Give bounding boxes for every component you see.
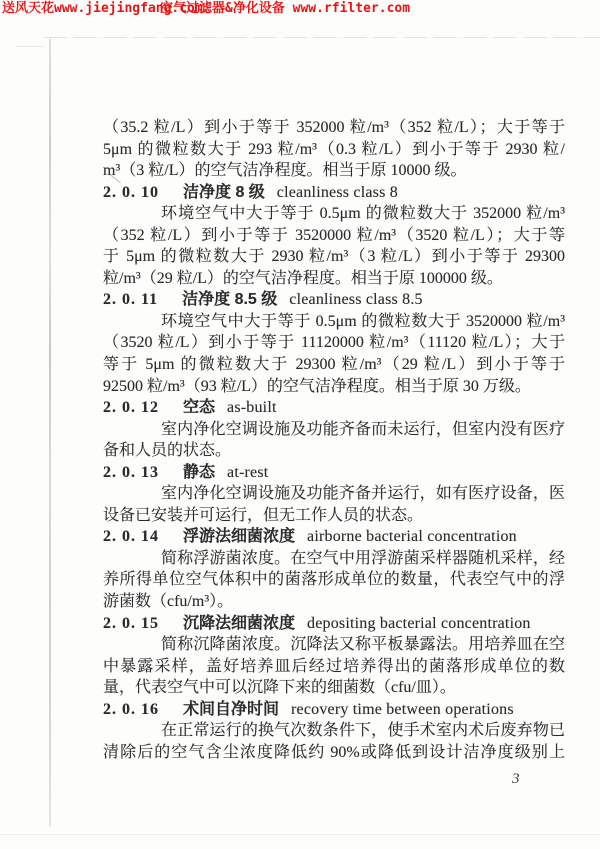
term-heading: 2. 0. 10洁净度 8 级cleanliness class 8 bbox=[103, 182, 565, 204]
scan-artifact-dash bbox=[16, 46, 44, 47]
clause-number: 2. 0. 15 bbox=[103, 615, 159, 632]
text-line: 室内净化空调设施及功能齐备而未运行，但室内没有医疗设 bbox=[103, 419, 565, 441]
text-line: 养所得单位空气体积中的菌落形成单位的数量，代表空气中的浮 bbox=[103, 569, 565, 591]
clause-number: 2. 0. 14 bbox=[103, 528, 159, 545]
term-chinese: 空态 bbox=[183, 399, 215, 416]
term-english: cleanliness class 8.5 bbox=[289, 291, 423, 308]
clause-number: 2. 0. 12 bbox=[103, 399, 159, 416]
text-line: 简称浮游菌浓度。在空气中用浮游菌采样器随机采样，经培 bbox=[103, 548, 565, 570]
scan-edge-bottom bbox=[0, 834, 600, 835]
term-chinese: 静态 bbox=[183, 464, 215, 481]
term-heading: 2. 0. 12空态as-built bbox=[103, 397, 565, 419]
clause-number: 2. 0. 10 bbox=[103, 184, 159, 201]
text-line: 游菌数（cfu/m³）。 bbox=[103, 591, 565, 613]
text-line: 量，代表空气中可以沉降下来的细菌数（cfu/皿）。 bbox=[103, 677, 565, 699]
term-heading: 2. 0. 13静态at-rest bbox=[103, 462, 565, 484]
text-line: 设备已安装并可运行，但无工作人员的状态。 bbox=[103, 505, 565, 527]
term-heading: 2. 0. 16术间自净时间recovery time between oper… bbox=[103, 699, 565, 721]
term-heading: 2. 0. 15沉降法细菌浓度depositing bacterial conc… bbox=[103, 613, 565, 635]
term-english: recovery time between operations bbox=[291, 701, 514, 718]
term-english: cleanliness class 8 bbox=[277, 184, 398, 201]
text-line: 备和人员的状态。 bbox=[103, 440, 565, 462]
text-line: （352 粒/L）到小于等于 3520000 粒/m³（3520 粒/L）；大于… bbox=[103, 225, 565, 247]
text-line: 92500 粒/m³（93 粒/L）的空气洁净程度。相当于原 30 万级。 bbox=[103, 376, 565, 398]
text-line: 等于 5μm 的微粒数大于 29300 粒/m³（29 粒/L）到小于等于 bbox=[103, 354, 565, 376]
text-line: 粒/m³（29 粒/L）的空气洁净程度。相当于原 100000 级。 bbox=[103, 268, 565, 290]
text-line: 环境空气中大于等于 0.5μm 的微粒数大于 3520000 粒/m³ bbox=[103, 311, 565, 333]
term-chinese: 洁净度 8.5 级 bbox=[182, 291, 277, 308]
term-chinese: 沉降法细菌浓度 bbox=[183, 615, 295, 632]
term-english: at-rest bbox=[227, 464, 268, 481]
clause-number: 2. 0. 16 bbox=[103, 701, 159, 718]
page-number: 3 bbox=[512, 771, 520, 788]
text-line: 在正常运行的换气次数条件下，使手术室内术后废弃物已被 bbox=[103, 720, 565, 742]
document-page: 送风天花www.jiejingfang.com 空气过滤器&净化设备 www.r… bbox=[0, 0, 600, 849]
term-chinese: 洁净度 8 级 bbox=[183, 184, 265, 201]
clause-number: 2. 0. 13 bbox=[103, 464, 159, 481]
text-line: 清除后的空气含尘浓度降低约 90%或降低到设计洁净度级别上 bbox=[103, 742, 565, 764]
scan-fold-line bbox=[49, 39, 51, 827]
watermark-header: 送风天花www.jiejingfang.com 空气过滤器&净化设备 www.r… bbox=[0, 1, 600, 21]
term-english: as-built bbox=[227, 399, 277, 416]
text-line: （35.2 粒/L）到小于等于 352000 粒/m³（352 粒/L）；大于等… bbox=[103, 117, 565, 139]
term-english: depositing bacterial concentration bbox=[307, 615, 531, 632]
text-line: 5μm 的微粒数大于 293 粒/m³（0.3 粒/L）到小于等于 2930 粒… bbox=[103, 139, 565, 161]
term-english: airborne bacterial concentration bbox=[307, 528, 517, 545]
term-heading: 2. 0. 11洁净度 8.5 级cleanliness class 8.5 bbox=[103, 289, 565, 311]
text-line: 室内净化空调设施及功能齐备并运行，如有医疗设备，医疗 bbox=[103, 483, 565, 505]
term-heading: 2. 0. 14浮游法细菌浓度airborne bacterial concen… bbox=[103, 526, 565, 548]
text-line: 简称沉降菌浓度。沉降法又称平板暴露法。用培养皿在空气 bbox=[103, 634, 565, 656]
text-line: （3520 粒/L）到小于等于 11120000 粒/m³（11120 粒/L）… bbox=[103, 332, 565, 354]
term-chinese: 浮游法细菌浓度 bbox=[183, 528, 295, 545]
text-line: 于 5μm 的微粒数大于 2930 粒/m³（3 粒/L）到小于等于 29300 bbox=[103, 246, 565, 268]
text-line: m³（3 粒/L）的空气洁净程度。相当于原 10000 级。 bbox=[103, 160, 565, 182]
scan-edge-horizontal bbox=[44, 37, 600, 38]
text-line: 环境空气中大于等于 0.5μm 的微粒数大于 352000 粒/m³ bbox=[103, 203, 565, 225]
document-body: （35.2 粒/L）到小于等于 352000 粒/m³（352 粒/L）；大于等… bbox=[103, 117, 565, 763]
clause-number: 2. 0. 11 bbox=[103, 291, 158, 308]
text-line: 中暴露采样，盖好培养皿后经过培养得出的菌落形成单位的数 bbox=[103, 656, 565, 678]
term-chinese: 术间自净时间 bbox=[183, 701, 279, 718]
watermark-right-text: 空气过滤器&净化设备 www.rfilter.com bbox=[160, 1, 410, 17]
